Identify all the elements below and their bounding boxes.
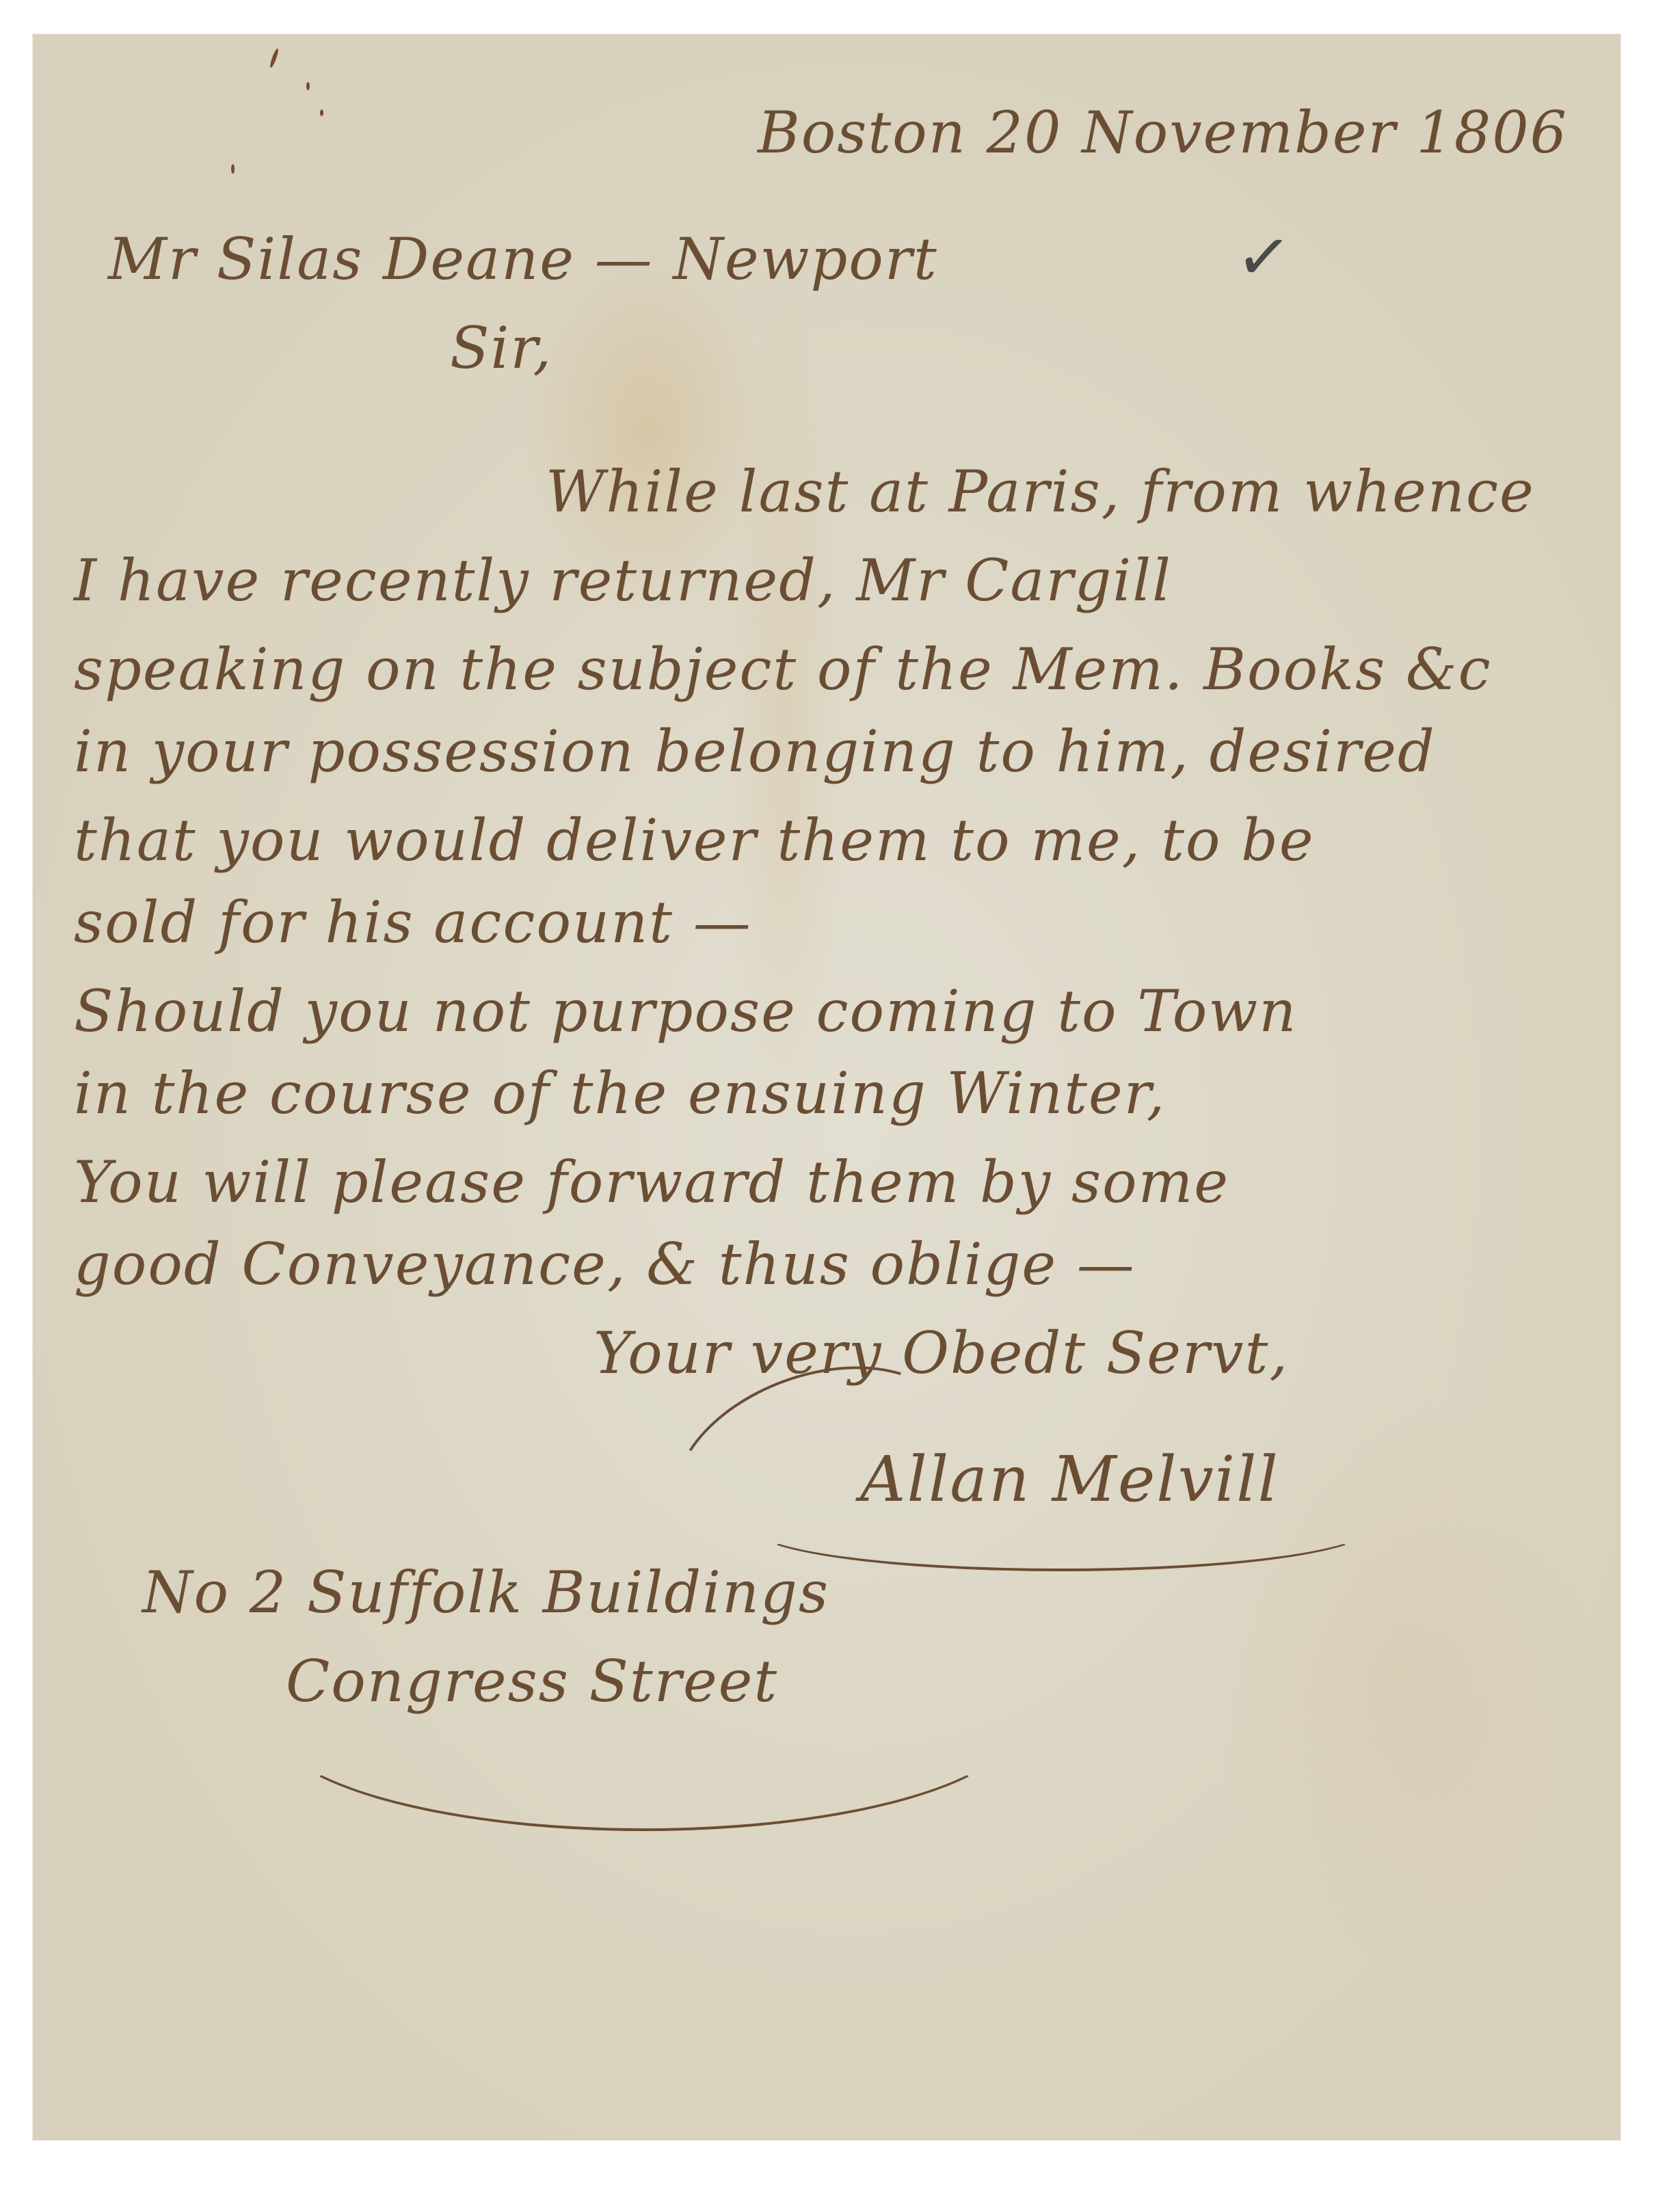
- body-line: in the course of the ensuing Winter,: [74, 1060, 1166, 1127]
- letter-paper: Boston 20 November 1806 Mr Silas Deane —…: [33, 34, 1621, 2140]
- body-line: speaking on the subject of the Mem. Book…: [74, 636, 1492, 703]
- salutation: Sir,: [450, 315, 552, 382]
- dateline: Boston 20 November 1806: [758, 99, 1568, 166]
- body-line: sold for his account —: [74, 889, 752, 956]
- closing: Your very Obedt Servt,: [594, 1320, 1289, 1387]
- address-flourish: [265, 1607, 1023, 1831]
- signature: Allan Melvill: [860, 1443, 1279, 1516]
- body-line: that you would deliver them to me, to be: [74, 807, 1315, 874]
- body-line: You will please forward them by some: [74, 1149, 1229, 1216]
- checkmark-icon: ✓: [1232, 216, 1295, 298]
- body-line: I have recently returned, Mr Cargill: [74, 547, 1172, 614]
- body-line: Should you not purpose coming to Town: [74, 978, 1297, 1045]
- ink-spatter: [306, 82, 310, 90]
- body-line: in your possession belonging to him, des…: [74, 718, 1436, 785]
- body-line: While last at Paris, from whence: [546, 458, 1535, 525]
- body-line: good Conveyance, & thus oblige —: [74, 1231, 1136, 1298]
- ink-spatter: [231, 164, 235, 174]
- ink-spatter: [320, 109, 323, 116]
- ink-spatter: [269, 48, 280, 68]
- recipient-line: Mr Silas Deane — Newport: [108, 226, 938, 293]
